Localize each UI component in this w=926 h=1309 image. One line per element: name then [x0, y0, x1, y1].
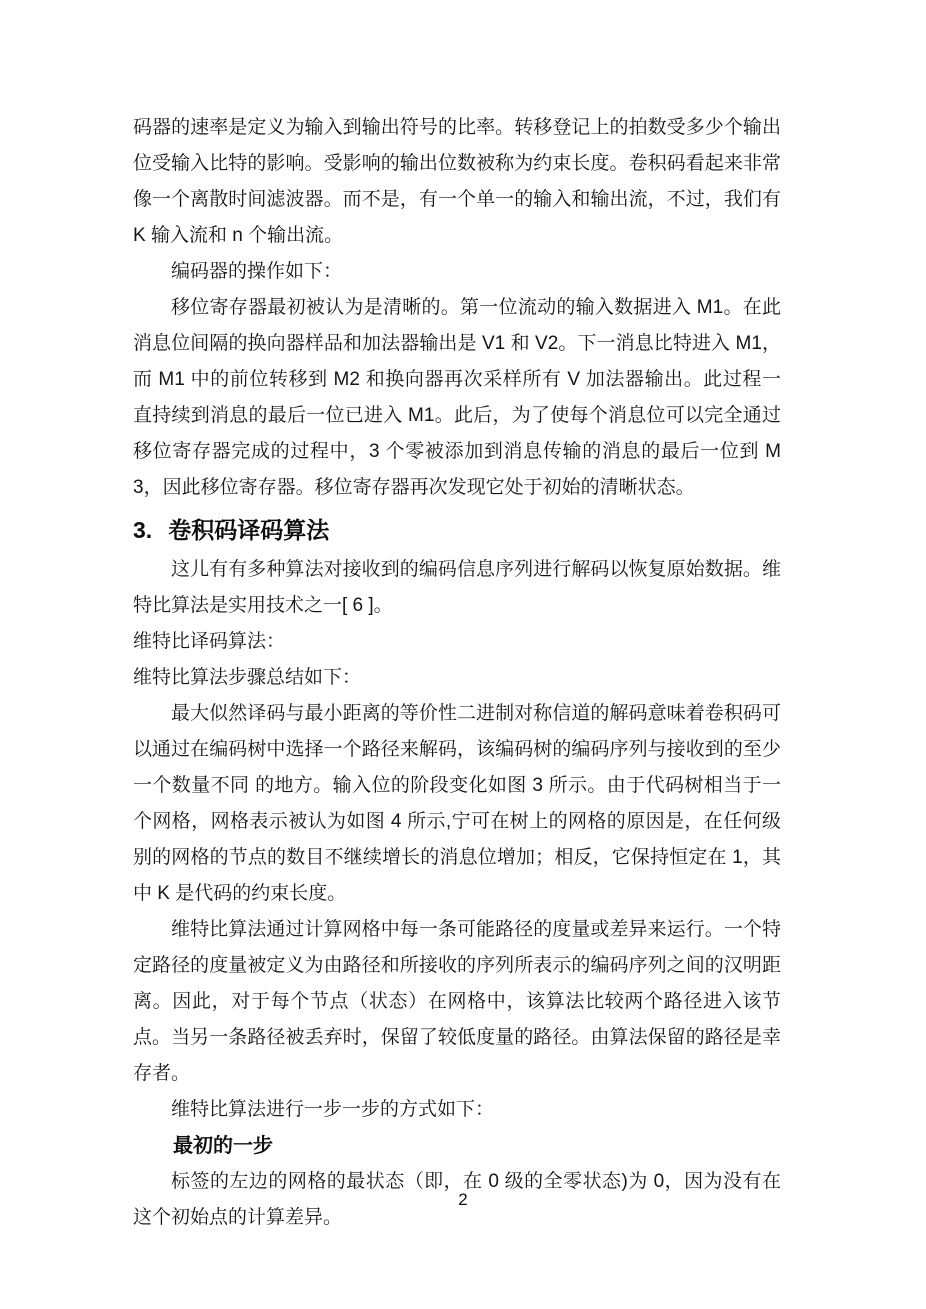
- paragraph-decoding-overview: 这儿有有多种算法对接收到的编码信息序列进行解码以恢复原始数据。维特比算法是实用技…: [133, 552, 781, 624]
- page-body-text: 码器的速率是定义为输入到输出符号的比率。转移登记上的拍数受多少个输出位受输入比特…: [133, 110, 781, 1236]
- paragraph-shift-register: 移位寄存器最初被认为是清晰的。第一位流动的输入数据进入 M1。在此消息位间隔的换…: [133, 290, 781, 506]
- paragraph-maximum-likelihood: 最大似然译码与最小距离的等价性二进制对称信道的解码意味着卷积码可以通过在编码树中…: [133, 696, 781, 912]
- paragraph-step-by-step-intro: 维特比算法进行一步一步的方式如下：: [133, 1092, 781, 1128]
- section-heading-decoding-algorithms: 3.卷积码译码算法: [133, 511, 781, 549]
- paragraph-encoder-operation-intro: 编码器的操作如下：: [133, 254, 781, 290]
- paragraph-path-metric: 维特比算法通过计算网格中每一条可能路径的度量或差异来运行。一个特定路径的度量被定…: [133, 912, 781, 1092]
- paragraph-viterbi-steps-label: 维特比算法步骤总结如下：: [133, 660, 781, 696]
- subheading-initial-step: 最初的一步: [133, 1128, 781, 1164]
- document-page: 码器的速率是定义为输入到输出符号的比率。转移登记上的拍数受多少个输出位受输入比特…: [0, 0, 926, 1309]
- section-heading-number: 3.: [133, 517, 152, 543]
- section-heading-title: 卷积码译码算法: [168, 517, 329, 543]
- paragraph-viterbi-label: 维特比译码算法：: [133, 624, 781, 660]
- page-number: 2: [0, 1188, 926, 1212]
- paragraph-encoder-rate: 码器的速率是定义为输入到输出符号的比率。转移登记上的拍数受多少个输出位受输入比特…: [133, 110, 781, 254]
